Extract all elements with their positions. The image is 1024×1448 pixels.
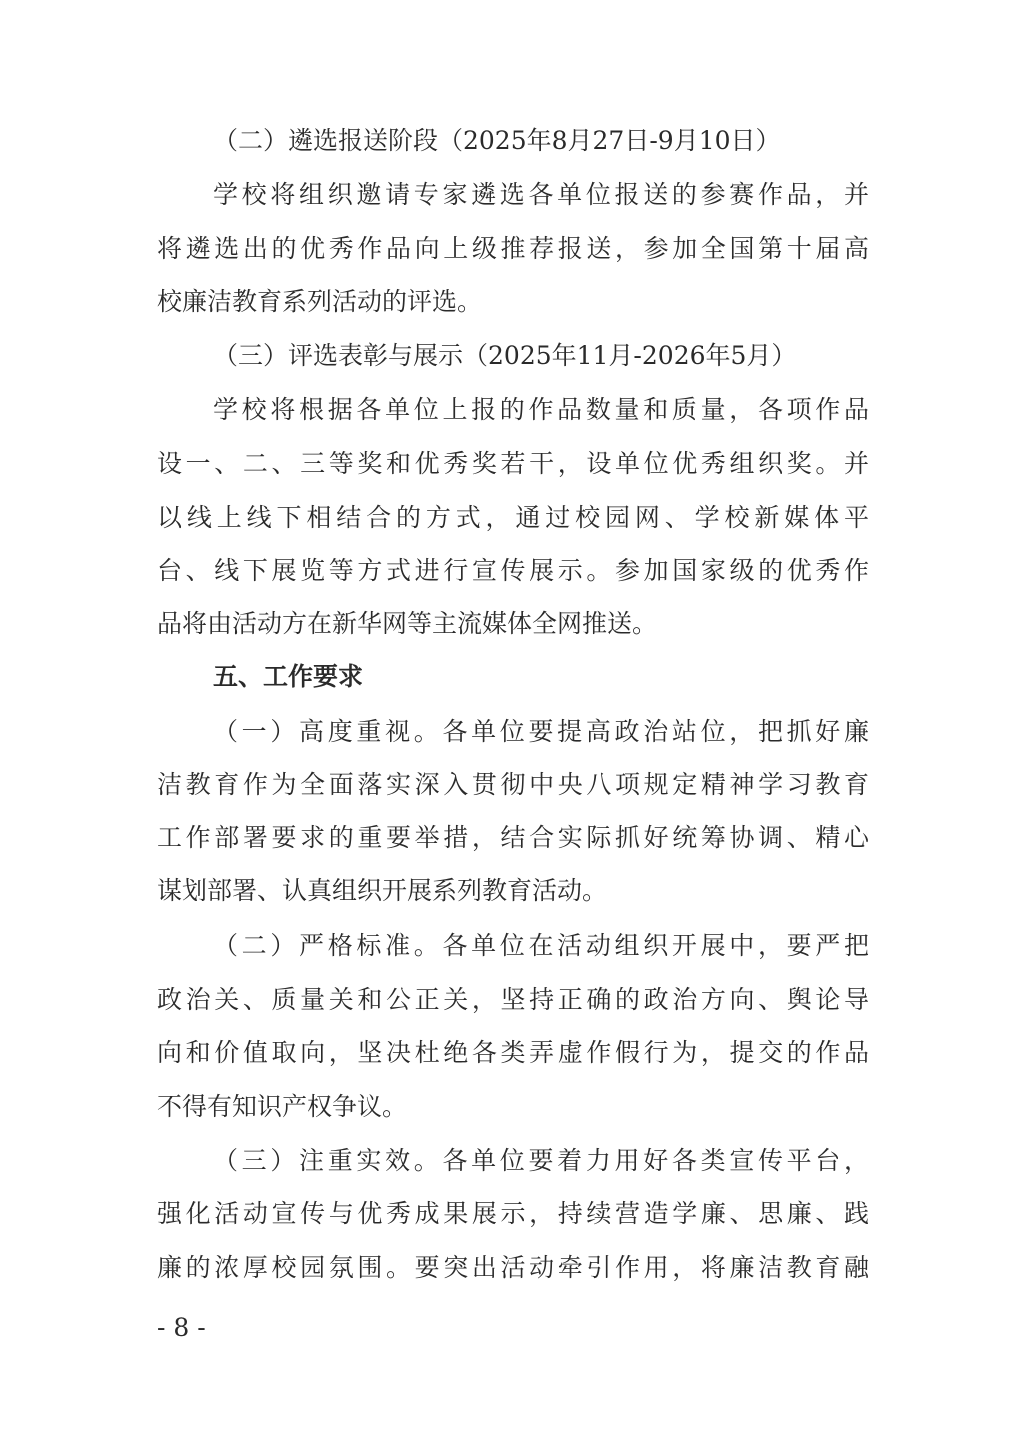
paragraph-line: 洁教育作为全面落实深入贯彻中央八项规定精神学习教育 [157, 769, 869, 801]
paragraph-line: 廉的浓厚校园氛围。要突出活动牵引作用，将廉洁教育融 [157, 1252, 869, 1284]
page-number: - 8 - [157, 1312, 206, 1344]
paragraph-line: 设一、二、三等奖和优秀奖若干，设单位优秀组织奖。并 [157, 448, 869, 480]
document-page: （二）遴选报送阶段（2025年8月27日-9月10日） 学校将组织邀请专家遴选各… [0, 0, 1024, 1448]
paragraph-line: （三）注重实效。各单位要着力用好各类宣传平台， [213, 1145, 869, 1177]
subheading-selection-stage: （二）遴选报送阶段（2025年8月27日-9月10日） [213, 125, 869, 157]
paragraph-line: 工作部署要求的重要举措，结合实际抓好统筹协调、精心 [157, 822, 869, 854]
paragraph-line: 谋划部署、认真组织开展系列教育活动。 [157, 875, 869, 907]
paragraph-line: 向和价值取向，坚决杜绝各类弄虚作假行为，提交的作品 [157, 1037, 869, 1069]
paragraph-line: 以线上线下相结合的方式，通过校园网、学校新媒体平 [157, 502, 869, 534]
paragraph-line: 学校将组织邀请专家遴选各单位报送的参赛作品，并 [213, 179, 869, 211]
paragraph-line: 将遴选出的优秀作品向上级推荐报送，参加全国第十届高 [157, 233, 869, 265]
paragraph-line: 学校将根据各单位上报的作品数量和质量，各项作品 [213, 394, 869, 426]
paragraph-line: 不得有知识产权争议。 [157, 1091, 869, 1123]
paragraph-line: 品将由活动方在新华网等主流媒体全网推送。 [157, 608, 869, 640]
paragraph-line: 政治关、质量关和公正关，坚持正确的政治方向、舆论导 [157, 984, 869, 1016]
paragraph-line: （一）高度重视。各单位要提高政治站位，把抓好廉 [213, 716, 869, 748]
paragraph-line: 强化活动宣传与优秀成果展示，持续营造学廉、思廉、践 [157, 1198, 869, 1230]
subheading-awards-stage: （三）评选表彰与展示（2025年11月-2026年5月） [213, 340, 869, 372]
paragraph-line: 台、线下展览等方式进行宣传展示。参加国家级的优秀作 [157, 555, 869, 587]
section-heading-work-requirements: 五、工作要求 [213, 661, 869, 693]
paragraph-line: （二）严格标准。各单位在活动组织开展中，要严把 [213, 930, 869, 962]
paragraph-line: 校廉洁教育系列活动的评选。 [157, 286, 869, 318]
